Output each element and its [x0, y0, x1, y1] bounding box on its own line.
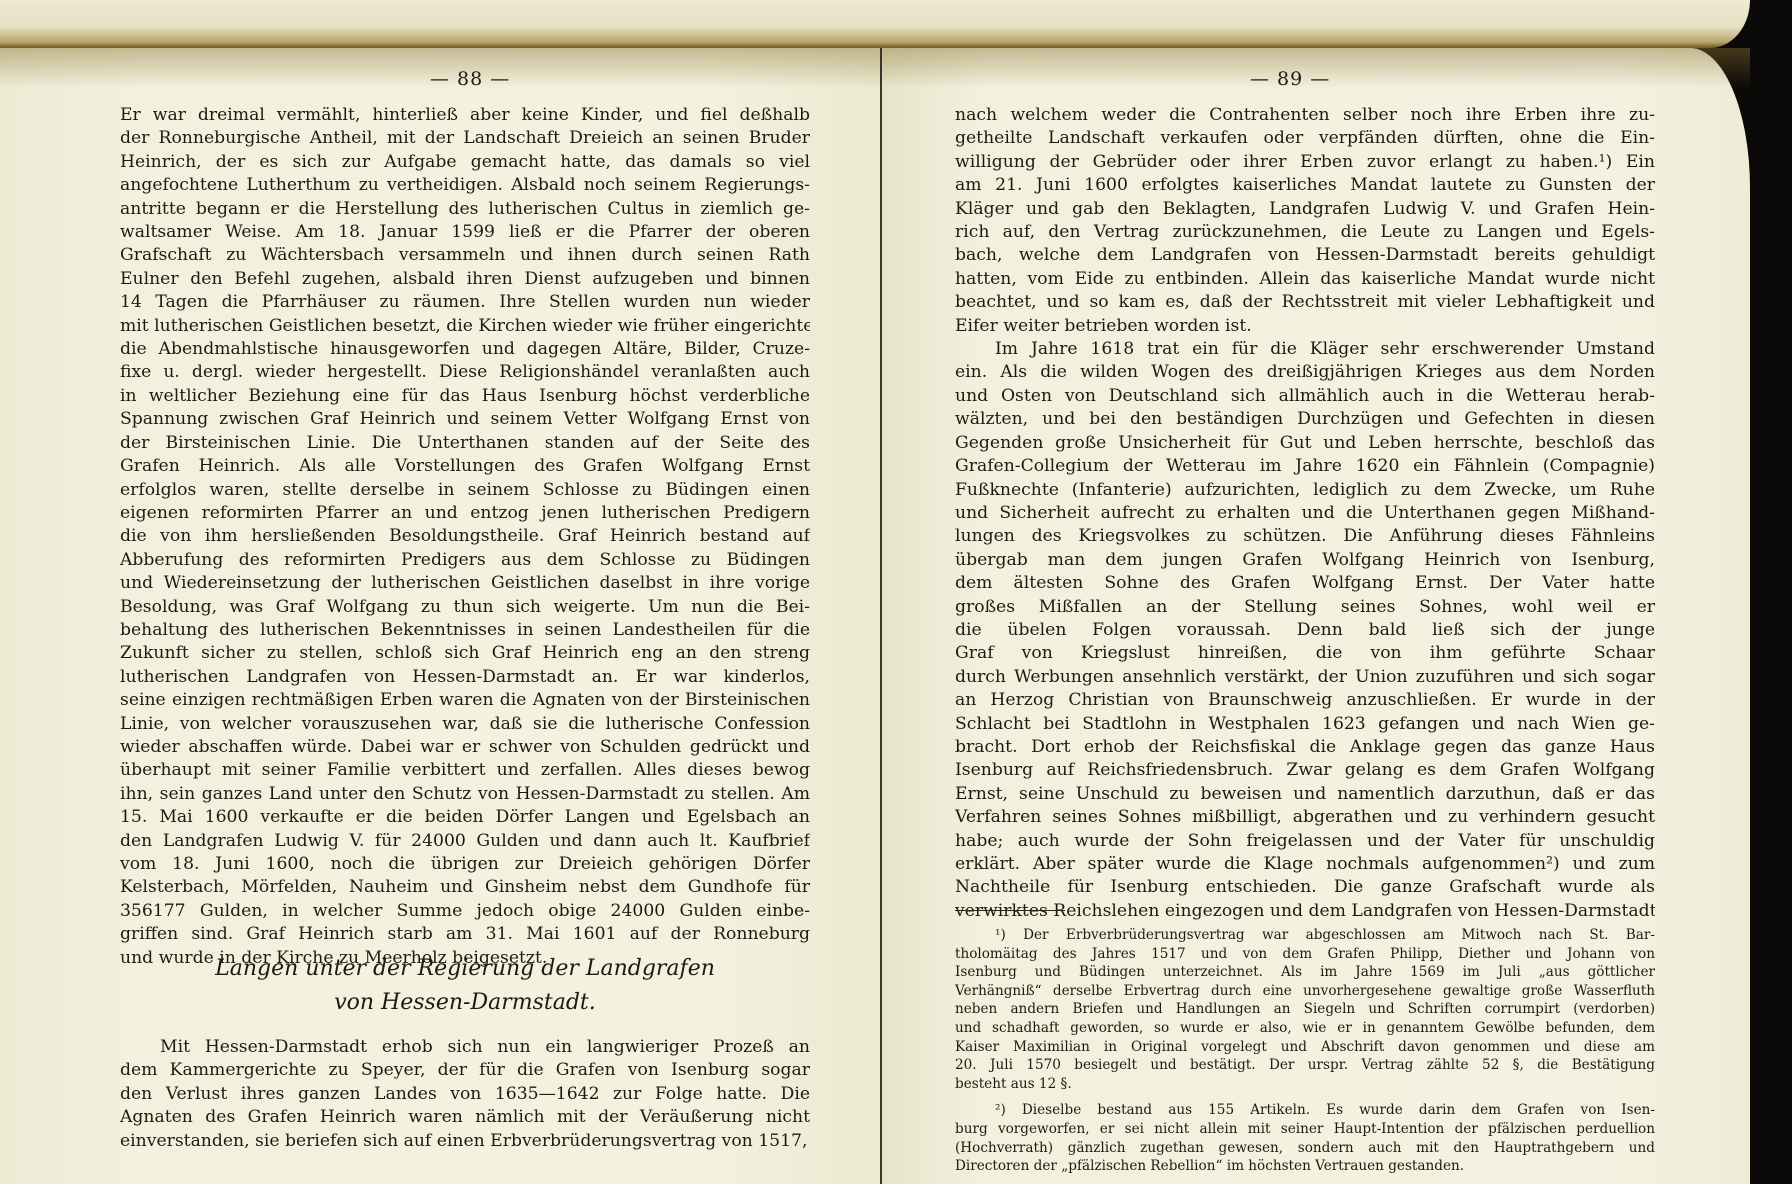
text-line: antritte begann er die Herstellung des l…	[120, 198, 810, 221]
text-line: verwirktes Reichslehen eingezogen und de…	[955, 900, 1655, 923]
text-line: Im Jahre 1618 trat ein für die Kläger se…	[955, 338, 1655, 361]
text-line: getheilte Landschaft verkaufen oder verp…	[955, 127, 1655, 150]
text-line: Eifer weiter betrieben worden ist.	[955, 315, 1655, 338]
text-line: der Birsteinischen Linie. Die Unterthane…	[120, 432, 810, 455]
text-line: 14 Tagen die Pfarrhäuser zu räumen. Ihre…	[120, 291, 810, 314]
text-line: nach welchem weder die Contrahenten selb…	[955, 104, 1655, 127]
text-line: Directoren der „pfälzischen Rebellion“ i…	[955, 1157, 1655, 1176]
page-number: — 89 —	[1250, 68, 1330, 90]
section-heading-line: von Hessen-Darmstadt.	[120, 986, 810, 1020]
text-line: eigenen reformirten Pfarrer an und entzo…	[120, 502, 810, 525]
text-line: Isenburg auf Reichsfriedensbruch. Zwar g…	[955, 759, 1655, 782]
text-line: Eulner den Befehl zugehen, alsbald ihren…	[120, 268, 810, 291]
text-line: hatten, vom Eide zu entbinden. Allein da…	[955, 268, 1655, 291]
text-line: dem Kammergerichte zu Speyer, der für di…	[120, 1059, 810, 1082]
text-line: Abberufung des reformirten Predigers aus…	[120, 549, 810, 572]
text-line: lutherischen Landgrafen von Hessen-Darms…	[120, 666, 810, 689]
text-line: neben andern Briefen und Handlungen an S…	[955, 1000, 1655, 1019]
footnote-1: ¹) Der Erbverbrüderungsvertrag war abges…	[955, 926, 1655, 1093]
text-line: der Ronneburgische Antheil, mit der Land…	[120, 127, 810, 150]
text-line: an Herzog Christian von Braunschweig anz…	[955, 689, 1655, 712]
text-line: willigung der Gebrüder oder ihrer Erben …	[955, 151, 1655, 174]
text-line: Kelsterbach, Mörfelden, Nauheim und Gins…	[120, 876, 810, 899]
text-line: dem ältesten Sohne des Grafen Wolfgang E…	[955, 572, 1655, 595]
text-line: Schlacht bei Stadtlohn in Westphalen 162…	[955, 713, 1655, 736]
text-line: den Verlust ihres ganzen Landes von 1635…	[120, 1083, 810, 1106]
text-line: die von ihm hersließenden Besoldungsthei…	[120, 525, 810, 548]
text-line: überhaupt mit seiner Familie verbittert …	[120, 759, 810, 782]
text-line: Agnaten des Grafen Heinrich waren nämlic…	[120, 1106, 810, 1129]
section-heading-line: Langen unter der Regierung der Landgrafe…	[120, 952, 810, 986]
text-line: ²) Dieselbe bestand aus 155 Artikeln. Es…	[955, 1101, 1655, 1120]
section-body-text: Mit Hessen-Darmstadt erhob sich nun ein …	[120, 1036, 810, 1153]
text-line: rich auf, den Vertrag zurückzunehmen, di…	[955, 221, 1655, 244]
text-line: Linie, von welcher vorauszusehen war, da…	[120, 713, 810, 736]
text-line: erfolglos waren, stellte derselbe in sei…	[120, 479, 810, 502]
text-line: am 21. Juni 1600 erfolgtes kaiserliches …	[955, 174, 1655, 197]
section-heading: Langen unter der Regierung der Landgrafe…	[120, 952, 810, 1020]
text-line: und Wiedereinsetzung der lutherischen Ge…	[120, 572, 810, 595]
text-line: waltsamer Weise. Am 18. Januar 1599 ließ…	[120, 221, 810, 244]
text-line: Grafen Heinrich. Als alle Vorstellungen …	[120, 455, 810, 478]
text-line: übergab man dem jungen Grafen Wolfgang H…	[955, 549, 1655, 572]
body-text: Er war dreimal vermählt, hinterließ aber…	[120, 104, 810, 970]
text-line: den Landgrafen Ludwig V. für 24000 Gulde…	[120, 830, 810, 853]
text-line: lungen des Kriegsvolkes zu schützen. Die…	[955, 525, 1655, 548]
footnote-rule	[955, 910, 1065, 911]
text-line: in weltlicher Beziehung eine für das Hau…	[120, 385, 810, 408]
text-line: mit lutherischen Geistlichen besetzt, di…	[120, 315, 810, 338]
text-line: Verfahren seines Sohnes mißbilligt, abge…	[955, 806, 1655, 829]
text-line: die übelen Folgen voraussah. Denn bald l…	[955, 619, 1655, 642]
text-line: bach, welche dem Landgrafen von Hessen-D…	[955, 244, 1655, 267]
text-line: wälzten, und bei den beständigen Durchzü…	[955, 408, 1655, 431]
book-gutter	[880, 48, 882, 1184]
text-line: vom 18. Juni 1600, noch die übrigen zur …	[120, 853, 810, 876]
text-line: durch Werbungen ansehnlich verstärkt, de…	[955, 666, 1655, 689]
text-line: Verhängniß“ derselbe Erbvertrag durch ei…	[955, 982, 1655, 1001]
text-line: Heinrich, der es sich zur Aufgabe gemach…	[120, 151, 810, 174]
text-line: und Osten von Deutschland sich allmählic…	[955, 385, 1655, 408]
text-line: Isenburg und Büdingen unterzeichnet. Als…	[955, 963, 1655, 982]
text-line: Kläger und gab den Beklagten, Landgrafen…	[955, 198, 1655, 221]
text-line: (Hochverrath) gänzlich zugethan gewesen,…	[955, 1139, 1655, 1158]
left-page: — 88 — Er war dreimal vermählt, hinterli…	[0, 48, 880, 1184]
text-line: bracht. Dort erhob der Reichsfiskal die …	[955, 736, 1655, 759]
text-line: und Sicherheit aufrecht zu erhalten und …	[955, 502, 1655, 525]
text-line: angefochtene Lutherthum zu vertheidigen.…	[120, 174, 810, 197]
page-number: — 88 —	[430, 68, 510, 90]
right-page: — 89 — nach welchem weder die Contrahent…	[880, 48, 1750, 1184]
text-line: 15. Mai 1600 verkaufte er die beiden Dör…	[120, 806, 810, 829]
text-line: behaltung des lutherischen Bekenntnisses…	[120, 619, 810, 642]
text-line: fixe u. dergl. wieder hergestellt. Diese…	[120, 361, 810, 384]
text-line: ein. Als die wilden Wogen des dreißigjäh…	[955, 361, 1655, 384]
text-line: habe; auch wurde der Sohn freigelassen u…	[955, 830, 1655, 853]
text-line: burg vorgeworfen, er sei nicht allein mi…	[955, 1120, 1655, 1139]
text-line: Grafen-Collegium der Wetterau im Jahre 1…	[955, 455, 1655, 478]
text-line: Gegenden große Unsicherheit für Gut und …	[955, 432, 1655, 455]
text-line: ¹) Der Erbverbrüderungsvertrag war abges…	[955, 926, 1655, 945]
text-line: Graf von Kriegslust hinreißen, die von i…	[955, 642, 1655, 665]
text-line: Grafschaft zu Wächtersbach versammeln un…	[120, 244, 810, 267]
text-line: tholomäitag des Jahres 1517 und von dem …	[955, 945, 1655, 964]
text-line: 356177 Gulden, in welcher Summe jedoch o…	[120, 900, 810, 923]
text-line: die Abendmahlstische hinausgeworfen und …	[120, 338, 810, 361]
footnote-2: ²) Dieselbe bestand aus 155 Artikeln. Es…	[955, 1101, 1655, 1175]
previous-page-edge	[0, 0, 1750, 48]
text-line: beachtet, und so kam es, daß der Rechtss…	[955, 291, 1655, 314]
text-line: Spannung zwischen Graf Heinrich und sein…	[120, 408, 810, 431]
text-line: erklärt. Aber später wurde die Klage noc…	[955, 853, 1655, 876]
text-line: einverstanden, sie beriefen sich auf ein…	[120, 1130, 810, 1153]
text-line: Besoldung, was Graf Wolfgang zu thun sic…	[120, 596, 810, 619]
text-line: ihn, sein ganzes Land unter den Schutz v…	[120, 783, 810, 806]
text-line: Kaiser Maximilian in Original vorgelegt …	[955, 1038, 1655, 1057]
text-line: großes Mißfallen an der Stellung seines …	[955, 596, 1655, 619]
text-line: 20. Juli 1570 besiegelt und bestätigt. D…	[955, 1056, 1655, 1075]
text-line: griffen sind. Graf Heinrich starb am 31.…	[120, 923, 810, 946]
book-spread-scan: — 88 — Er war dreimal vermählt, hinterli…	[0, 0, 1792, 1184]
text-line: Fußknechte (Infanterie) aufzurichten, le…	[955, 479, 1655, 502]
text-line: wieder abschaffen würde. Dabei war er sc…	[120, 736, 810, 759]
text-line: seine einzigen rechtmäßigen Erben waren …	[120, 689, 810, 712]
text-line: Er war dreimal vermählt, hinterließ aber…	[120, 104, 810, 127]
text-line: Zukunft sicher zu stellen, schloß sich G…	[120, 642, 810, 665]
text-line: und schadhaft geworden, so wurde er also…	[955, 1019, 1655, 1038]
text-line: Mit Hessen-Darmstadt erhob sich nun ein …	[120, 1036, 810, 1059]
footnotes: ¹) Der Erbverbrüderungsvertrag war abges…	[955, 926, 1655, 1184]
text-line: Nachtheile für Isenburg entschieden. Die…	[955, 876, 1655, 899]
text-line: Ernst, seine Unschuld zu beweisen und na…	[955, 783, 1655, 806]
body-text: nach welchem weder die Contrahenten selb…	[955, 104, 1655, 923]
text-line: besteht aus 12 §.	[955, 1075, 1655, 1094]
